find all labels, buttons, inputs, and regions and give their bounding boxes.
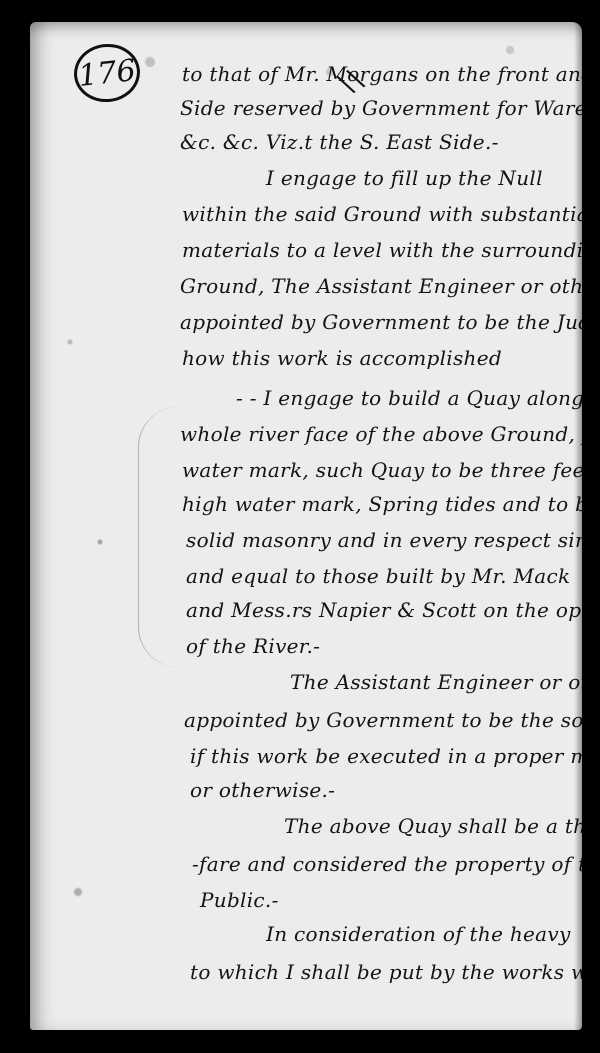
text-line: &c. &c. Viz.t the S. East Side.-	[180, 130, 499, 154]
scan-border	[582, 0, 600, 1053]
text-line: appointed by Government to be the sole	[184, 708, 582, 732]
text-line: materials to a level with the surroundin…	[182, 238, 582, 262]
text-line: The Assistant Engineer or other	[290, 670, 582, 694]
text-line: In consideration of the heavy	[266, 922, 571, 946]
text-line: I engage to fill up the Null	[266, 166, 543, 190]
text-line: - - I engage to build a Quay along the	[236, 386, 582, 410]
text-line: to that of Mr. Morgans on the front and	[182, 62, 582, 86]
manuscript-page: 176 \\ to that of Mr. Morgans on the fro…	[30, 22, 582, 1030]
text-line: to which I shall be put by the works w	[190, 960, 582, 984]
text-line: or otherwise.-	[190, 778, 335, 802]
text-line: if this work be executed in a proper ma	[190, 744, 582, 768]
margin-pencil-mark	[138, 407, 179, 667]
text-line: of the River.-	[186, 634, 320, 658]
text-line: Ground, The Assistant Engineer or other	[180, 274, 582, 298]
text-line: The above Quay shall be a thor	[284, 814, 582, 838]
text-line: solid masonry and in every respect simi	[186, 528, 582, 552]
text-line: within the said Ground with substantial	[182, 202, 582, 226]
folio-number: 176	[71, 41, 143, 106]
text-line: and Mess.rs Napier & Scott on the opposi…	[186, 598, 582, 622]
text-line: whole river face of the above Ground, fr…	[180, 422, 582, 446]
text-line: Public.-	[200, 888, 279, 912]
text-line: how this work is accomplished	[182, 346, 502, 370]
text-line: Side reserved by Government for Warehous…	[180, 96, 582, 120]
text-line: high water mark, Spring tides and to be	[182, 492, 582, 516]
text-line: water mark, such Quay to be three feet a	[182, 458, 582, 482]
text-line: appointed by Government to be the Judge	[180, 310, 582, 334]
page-edge-shadow	[574, 22, 582, 1030]
text-line: -fare and considered the property of the	[192, 852, 582, 876]
text-line: and equal to those built by Mr. Mack	[186, 564, 570, 588]
